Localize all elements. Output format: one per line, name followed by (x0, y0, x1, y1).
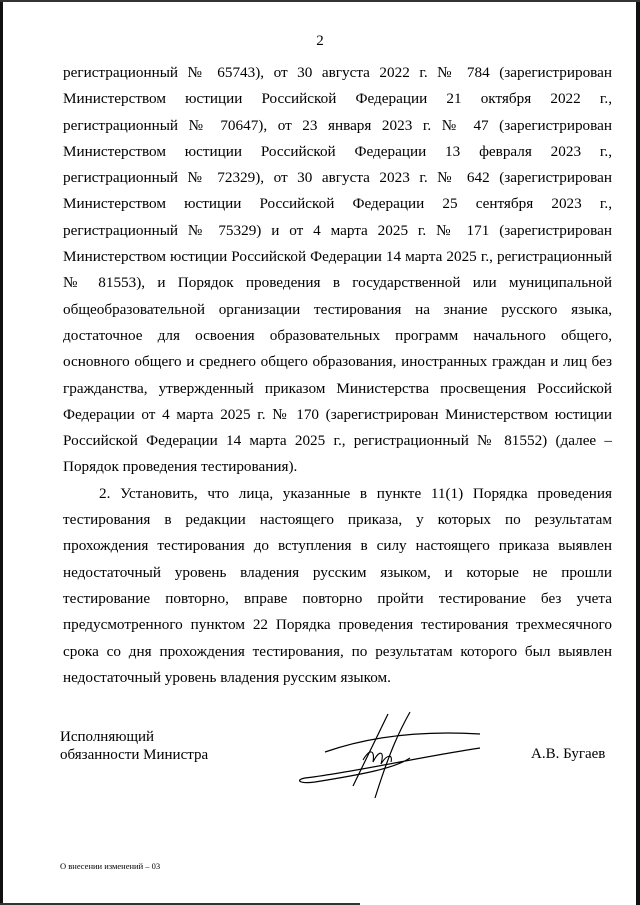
document-body: регистрационный № 65743), от 30 августа … (63, 60, 612, 691)
document-footer-note: О внесении изменений – 03 (60, 861, 160, 871)
paragraph-continuation: регистрационный № 65743), от 30 августа … (63, 60, 612, 481)
signatory-name: А.В. Бугаев (531, 746, 605, 763)
scan-border-right (636, 0, 640, 905)
page-number: 2 (0, 33, 640, 50)
signatory-title: Исполняющий обязанности Министра (60, 728, 208, 764)
signatory-title-line1: Исполняющий (60, 728, 208, 746)
signatory-title-line2: обязанности Министра (60, 746, 208, 764)
scan-border-left (0, 0, 3, 905)
handwritten-signature-icon (295, 710, 485, 800)
scan-border-top (0, 0, 640, 2)
paragraph-item-2: 2. Установить, что лица, указанные в пун… (63, 481, 612, 691)
